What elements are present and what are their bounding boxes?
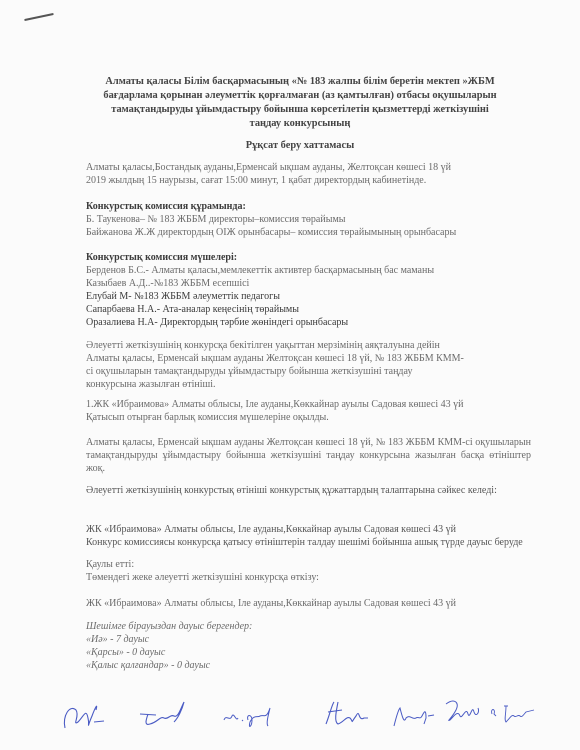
no-other-applications-paragraph: Алматы қаласы, Ерменсай ықшам ауданы Жел… (86, 436, 531, 475)
paragraph-line: 1.ЖК «Ибраимова» Алматы облысы, Іле ауда… (86, 398, 531, 411)
commission-block: Конкурстық комиссия құрамында: Б. Таукен… (86, 200, 531, 239)
location-block: Алматы қаласы,Бостандық ауданы,Ерменсай … (86, 161, 531, 187)
application-paragraph: Әлеуетті жеткізушінің конкурсқа бекітілг… (86, 339, 531, 391)
paragraph-line: конкурсына жазылған өтініші. (86, 378, 531, 391)
location-line: Алматы қаласы,Бостандық ауданы,Ерменсай … (86, 161, 531, 174)
document-title: Алматы қаласы Білім басқармасының «№ 183… (60, 75, 540, 131)
voting-results: Шешімге бірауыздан дауыс бергендер: «Иә»… (86, 620, 531, 672)
member-item: Сапарбаева Н.А.- Ата-аналар кеңесінің тө… (86, 303, 531, 316)
voting-paragraph: ЖК «Ибраимова» Алматы облысы, Іле ауданы… (86, 523, 531, 549)
members-heading: Конкурстық комиссия мүшелері: (86, 251, 531, 264)
signatures-row (60, 696, 540, 736)
paragraph-line: Қатысып отырған барлық комиссия мүшелері… (86, 411, 531, 424)
member-item: Елубай М- №183 ЖББМ әлеуметтік педагогы (86, 290, 531, 303)
title-line: бағдарлама қорынан әлеуметтік қорғалмаға… (60, 89, 540, 103)
title-line: Алматы қаласы Білім басқармасының «№ 183… (60, 75, 540, 89)
applicant-line: ЖК «Ибраимова» Алматы облысы, Іле ауданы… (86, 523, 531, 536)
resolution-line: Төмендегі жеке әлеуетті жеткізушіні конк… (86, 571, 531, 584)
pen-stroke-mark (24, 13, 54, 21)
applicant-paragraph: 1.ЖК «Ибраимова» Алматы облысы, Іле ауда… (86, 398, 531, 424)
resolution-heading: Қаулы етті: (86, 558, 531, 571)
winner-line: ЖК «Ибраимова» Алматы облысы, Іле ауданы… (86, 597, 531, 610)
member-item: Берденов Б.С.- Алматы қаласы,мемлекеттік… (86, 264, 531, 277)
voting-heading: Шешімге бірауыздан дауыс бергендер: (86, 620, 531, 633)
signature-4 (320, 696, 380, 736)
vote-abstain: «Қалыс қалғандар» - 0 дауыс (86, 659, 531, 672)
signature-5 (392, 696, 442, 736)
paragraph-line: Алматы қаласы, Ерменсай ықшам ауданы Жел… (86, 352, 531, 365)
signature-1 (60, 696, 110, 736)
document-subtitle: Рұқсат беру хаттамасы (60, 140, 540, 151)
date-line: 2019 жылдың 15 наурызы, сағат 15:00 мину… (86, 174, 531, 187)
signature-7 (488, 696, 543, 736)
member-item: Оразалиева Н.А- Директордың тәрбие жөнін… (86, 316, 531, 329)
commission-deputy: Байжанова Ж.Ж директордың ОІЖ орынбасары… (86, 226, 531, 239)
vote-against: «Қарсы» - 0 дауыс (86, 646, 531, 659)
member-item: Казыбаев А.Д..-№183 ЖББМ есепшісі (86, 277, 531, 290)
commission-chair: Б. Таукенова– № 183 ЖББМ директоры–комис… (86, 213, 531, 226)
resolution-block: Қаулы етті: Төмендегі жеке әлеуетті жетк… (86, 558, 531, 584)
title-line: тамақтандыруды ұйымдастыру бойынша көрсе… (60, 103, 540, 117)
compliance-paragraph: Әлеуетті жеткізушінің конкурстық өтініші… (86, 484, 531, 497)
signature-3 (220, 696, 280, 736)
voting-line: Конкурс комиссиясы конкурсқа қатысу өтін… (86, 536, 531, 549)
paragraph-line: сі оқушыларын тамақтандыруды ұйымдастыру… (86, 365, 531, 378)
paragraph-line: Әлеуетті жеткізушінің конкурсқа бекітілг… (86, 339, 531, 352)
signature-2 (138, 696, 198, 736)
vote-yes: «Иә» - 7 дауыс (86, 633, 531, 646)
commission-heading: Конкурстық комиссия құрамында: (86, 200, 531, 213)
signature-6 (440, 696, 490, 736)
document-page: Алматы қаласы Білім басқармасының «№ 183… (0, 0, 580, 750)
commission-members-block: Конкурстық комиссия мүшелері: Берденов Б… (86, 251, 531, 329)
title-line: таңдау конкурсының (60, 117, 540, 131)
